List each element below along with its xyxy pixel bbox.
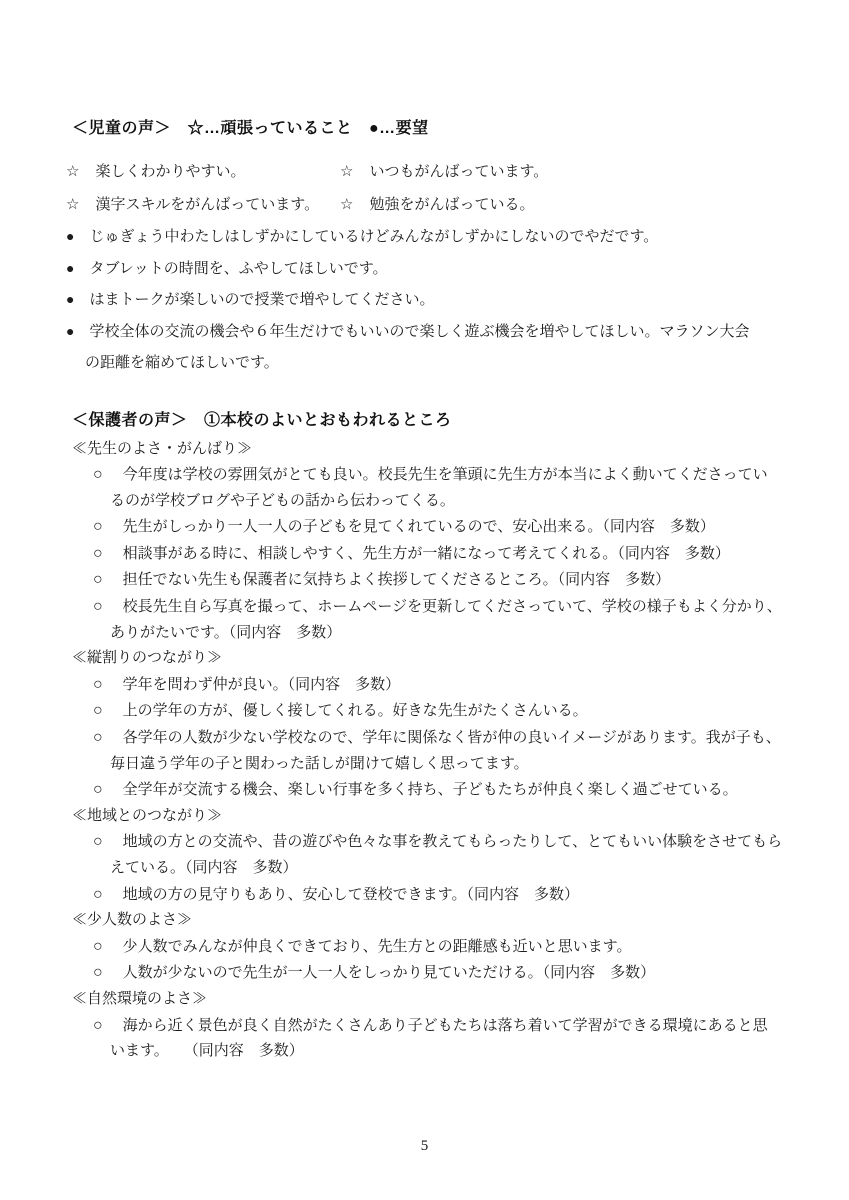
filled-circle-icon: ● <box>66 262 74 277</box>
opinion-text: 各学年の人数が少ない学校なので、学年に関係なく皆が仲の良いイメージがあります。我… <box>110 730 781 772</box>
request-text: 学校全体の交流の機会や６年生だけでもいいので楽しく遊ぶ機会を増やしてほしい。マラ… <box>85 324 749 372</box>
page-number: 5 <box>0 1138 849 1155</box>
circle-icon: ○ <box>93 729 103 746</box>
opinion-text: 上の学年の方が、優しく接してくれる。好きな先生がたくさんいる。 <box>123 703 588 719</box>
request-item: ●はまトークが楽しいので授業で増やしてください。 <box>66 285 783 317</box>
opinion-text: 人数が少ないので先生が一人一人をしっかり見ていただける。（同内容 多数） <box>123 965 656 981</box>
star-icon: ☆ <box>66 164 79 180</box>
opinion-text: 校長先生自ら写真を撮って、ホームページを更新してくださっていて、学校の様子もよく… <box>110 599 782 641</box>
opinion-item: ○相談事がある時に、相談しやすく、先生方が一緒になって考えてくれる。（同内容 多… <box>66 541 783 568</box>
praise-text: いつもがんばっています。 <box>369 164 548 180</box>
opinion-item: ○校長先生自ら写真を撮って、ホームページを更新してくださっていて、学校の様子もよ… <box>66 594 783 646</box>
category-heading: ≪先生のよさ・がんばり≫ <box>72 437 783 463</box>
circle-icon: ○ <box>93 781 103 798</box>
children-praise-list: ☆楽しくわかりやすい。 ☆いつもがんばっています。 ☆漢字スキルをがんばっていま… <box>66 156 783 222</box>
circle-icon: ○ <box>93 938 103 955</box>
filled-circle-icon: ● <box>66 230 74 245</box>
circle-icon: ○ <box>93 518 103 535</box>
circle-icon: ○ <box>93 598 103 615</box>
filled-circle-icon: ● <box>66 293 74 308</box>
request-item: ●学校全体の交流の機会や６年生だけでもいいので楽しく遊ぶ機会を増やしてほしい。マ… <box>66 317 783 380</box>
request-item: ●じゅぎょう中わたしはしずかにしているけどみんながしずかにしないのでやだです。 <box>66 222 783 254</box>
praise-text: 漢字スキルをがんばっています。 <box>95 197 319 213</box>
circle-icon: ○ <box>93 466 103 483</box>
opinion-text: 全学年が交流する機会、楽しい行事を多く持ち、子どもたちが仲良く楽しく過ごせている… <box>123 782 738 798</box>
opinion-text: 学年を問わず仲が良い。（同内容 多数） <box>123 677 401 693</box>
praise-item: ☆漢字スキルをがんばっています。 <box>66 189 340 222</box>
category-heading: ≪自然環境のよさ≫ <box>72 987 783 1013</box>
circle-icon: ○ <box>93 964 103 981</box>
category-heading: ≪地域とのつながり≫ <box>72 804 783 830</box>
opinion-item: ○全学年が交流する機会、楽しい行事を多く持ち、子どもたちが仲良く楽しく過ごせてい… <box>66 777 783 804</box>
circle-icon: ○ <box>93 886 103 903</box>
circle-icon: ○ <box>93 1017 103 1034</box>
request-text: じゅぎょう中わたしはしずかにしているけどみんながしずかにしないのでやだです。 <box>89 229 658 245</box>
circle-icon: ○ <box>93 702 103 719</box>
opinion-text: 地域の方の見守りもあり、安心して登校できます。（同内容 多数） <box>123 887 579 903</box>
circle-icon: ○ <box>93 545 103 562</box>
opinion-item: ○海から近く景色が良く自然がたくさんあり子どもたちは落ち着いて学習ができる環境に… <box>66 1013 783 1065</box>
praise-row: ☆楽しくわかりやすい。 ☆いつもがんばっています。 <box>66 156 783 189</box>
children-voice-heading: ＜児童の声＞ ☆…頑張っていること ●…要望 <box>72 118 783 140</box>
children-request-list: ●じゅぎょう中わたしはしずかにしているけどみんながしずかにしないのでやだです。 … <box>66 222 783 380</box>
category-heading: ≪縦割りのつながり≫ <box>72 646 783 672</box>
star-icon: ☆ <box>340 197 353 213</box>
opinion-item: ○地域の方の見守りもあり、安心して登校できます。（同内容 多数） <box>66 882 783 909</box>
circle-icon: ○ <box>93 571 103 588</box>
category-heading: ≪少人数のよさ≫ <box>72 908 783 934</box>
document-content: ＜児童の声＞ ☆…頑張っていること ●…要望 ☆楽しくわかりやすい。 ☆いつもが… <box>66 118 783 1065</box>
opinion-item: ○人数が少ないので先生が一人一人をしっかり見ていただける。（同内容 多数） <box>66 960 783 987</box>
circle-icon: ○ <box>93 833 103 850</box>
request-text: タブレットの時間を、ふやしてほしいです。 <box>89 261 387 277</box>
opinion-item: ○担任でない先生も保護者に気持ちよく挨拶してくださるところ。（同内容 多数） <box>66 567 783 594</box>
opinion-text: 少人数でみんなが仲良くできており、先生方との距離感も近いと思います。 <box>123 939 632 955</box>
opinion-item: ○少人数でみんなが仲良くできており、先生方との距離感も近いと思います。 <box>66 934 783 961</box>
star-icon: ☆ <box>340 164 353 180</box>
request-item: ●タブレットの時間を、ふやしてほしいです。 <box>66 254 783 286</box>
document-page: ＜児童の声＞ ☆…頑張っていること ●…要望 ☆楽しくわかりやすい。 ☆いつもが… <box>0 0 849 1200</box>
praise-item: ☆いつもがんばっています。 <box>340 156 548 189</box>
parents-voice-heading: ＜保護者の声＞ ①本校のよいとおもわれるところ <box>72 410 783 432</box>
opinion-item: ○学年を問わず仲が良い。（同内容 多数） <box>66 672 783 699</box>
opinion-text: 先生がしっかり一人一人の子どもを見てくれているので、安心出来る。（同内容 多数） <box>123 519 715 535</box>
opinion-item: ○先生がしっかり一人一人の子どもを見てくれているので、安心出来る。（同内容 多数… <box>66 514 783 541</box>
opinion-item: ○今年度は学校の雰囲気がとても良い。校長先生を筆頭に先生方が本当によく動いてくだ… <box>66 462 783 514</box>
praise-text: 楽しくわかりやすい。 <box>95 164 245 180</box>
opinion-text: 地域の方との交流や、昔の遊びや色々な事を教えてもらったりして、とてもいい体験をさ… <box>110 834 782 876</box>
praise-row: ☆漢字スキルをがんばっています。 ☆勉強をがんばっている。 <box>66 189 783 222</box>
opinion-item: ○各学年の人数が少ない学校なので、学年に関係なく皆が仲の良いイメージがあります。… <box>66 725 783 777</box>
praise-item: ☆楽しくわかりやすい。 <box>66 156 340 189</box>
opinion-text: 相談事がある時に、相談しやすく、先生方が一緒になって考えてくれる。（同内容 多数… <box>123 546 730 562</box>
opinion-item: ○上の学年の方が、優しく接してくれる。好きな先生がたくさんいる。 <box>66 698 783 725</box>
parents-voice-body: ≪先生のよさ・がんばり≫ ○今年度は学校の雰囲気がとても良い。校長先生を筆頭に先… <box>66 437 783 1065</box>
star-icon: ☆ <box>66 197 79 213</box>
opinion-item: ○地域の方との交流や、昔の遊びや色々な事を教えてもらったりして、とてもいい体験を… <box>66 829 783 881</box>
opinion-text: 担任でない先生も保護者に気持ちよく挨拶してくださるところ。（同内容 多数） <box>123 572 671 588</box>
praise-item: ☆勉強をがんばっている。 <box>340 189 534 222</box>
filled-circle-icon: ● <box>66 325 74 340</box>
request-text: はまトークが楽しいので授業で増やしてください。 <box>89 292 434 308</box>
circle-icon: ○ <box>93 676 103 693</box>
opinion-text: 今年度は学校の雰囲気がとても良い。校長先生を筆頭に先生方が本当によく動いてくださ… <box>110 467 768 509</box>
praise-text: 勉強をがんばっている。 <box>369 197 534 213</box>
opinion-text: 海から近く景色が良く自然がたくさんあり子どもたちは落ち着いて学習ができる環境にあ… <box>110 1018 768 1060</box>
